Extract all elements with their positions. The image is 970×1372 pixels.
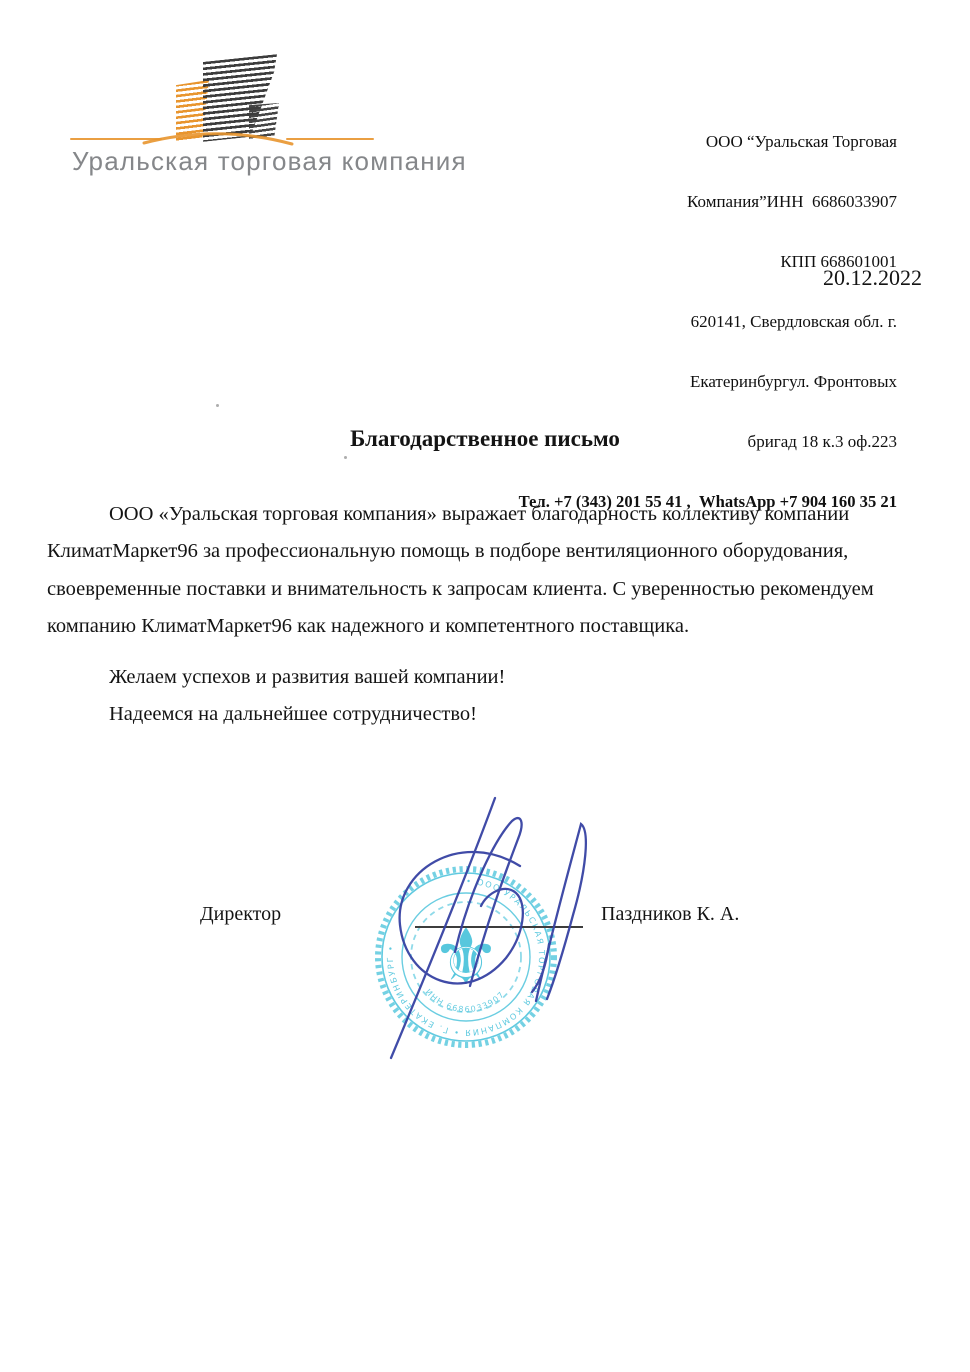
signature-stroke	[391, 798, 495, 1058]
signature-stroke	[536, 824, 586, 1001]
letter-body: ООО «Уральская торговая компания» выража…	[47, 496, 874, 646]
company-logo: Уральская торговая компания	[0, 0, 480, 200]
body-line: своевременные поставки и внимательность …	[47, 571, 874, 608]
wish-line: Надеемся на дальнейшее сотрудничество!	[47, 696, 505, 733]
body-line: ООО «Уральская торговая компания» выража…	[47, 496, 874, 533]
body-line: КлиматМаркет96 за профессиональную помощ…	[47, 533, 874, 570]
handwritten-signature	[360, 795, 620, 1075]
signature-stroke	[400, 852, 523, 983]
letter-page: Уральская торговая компания ООО “Уральск…	[0, 0, 970, 1372]
scan-speck	[216, 404, 219, 407]
signature-stroke	[455, 818, 522, 986]
letter-date: 20.12.2022	[823, 265, 922, 291]
signatory-role-label: Директор	[200, 903, 281, 926]
company-details-line: Екатеринбургул. Фронтовых	[519, 372, 897, 392]
company-details-line: ООО “Уральская Торговая	[519, 132, 897, 152]
wish-line: Желаем успехов и развития вашей компании…	[47, 659, 505, 696]
body-line: компанию КлиматМаркет96 как надежного и …	[47, 608, 874, 645]
letter-wishes: Желаем успехов и развития вашей компании…	[47, 659, 505, 734]
scan-speck	[344, 456, 347, 459]
signatory-name: Паздников К. А.	[601, 903, 739, 926]
logo-text: Уральская торговая компания	[72, 146, 467, 177]
company-details-line: Компания”ИНН 6686033907	[519, 192, 897, 212]
company-details-block: ООО “Уральская Торговая Компания”ИНН 668…	[519, 92, 897, 552]
letter-title: Благодарственное письмо	[0, 426, 970, 452]
company-details-line: 620141, Свердловская обл. г.	[519, 312, 897, 332]
